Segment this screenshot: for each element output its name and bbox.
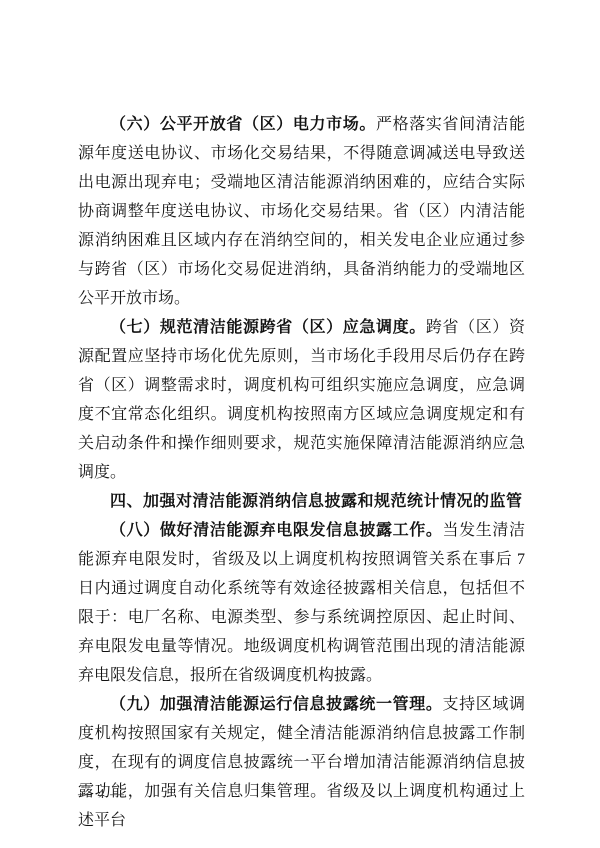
paragraph-item-9: （九）加强清洁能源运行信息披露统一管理。支持区域调度机构按照国家有关规定，健全清…	[78, 690, 525, 835]
item-6-lead: （六）公平开放省（区）电力市场。	[110, 116, 376, 133]
item-9-lead: （九）加强清洁能源运行信息披露统一管理。	[110, 696, 442, 713]
paragraph-item-6: （六）公平开放省（区）电力市场。严格落实省间清洁能源年度送电协议、市场化交易结果…	[78, 110, 525, 313]
document-page: （六）公平开放省（区）电力市场。严格落实省间清洁能源年度送电协议、市场化交易结果…	[0, 0, 600, 848]
paragraph-item-7: （七）规范清洁能源跨省（区）应急调度。跨省（区）资源配置应坚持市场化优先原则，当…	[78, 313, 525, 487]
item-7-lead: （七）规范清洁能源跨省（区）应急调度。	[110, 319, 426, 336]
paragraph-item-8: （八）做好清洁能源弃电限发信息披露工作。当发生清洁能源弃电限发时，省级及以上调度…	[78, 516, 525, 690]
item-9-body-text: 支持区域调度机构按照国家有关规定，健全清洁能源消纳信息披露工作制度，在现有的调度…	[78, 696, 525, 829]
page-number: — 4 —	[78, 786, 125, 804]
section-heading-4: 四、加强对清洁能源消纳信息披露和规范统计情况的监管	[78, 487, 525, 516]
item-8-lead: （八）做好清洁能源弃电限发信息披露工作。	[110, 522, 442, 539]
item-8-body-text: 当发生清洁能源弃电限发时，省级及以上调度机构按照调管关系在事后 7 日内通过调度…	[78, 522, 525, 684]
document-body: （六）公平开放省（区）电力市场。严格落实省间清洁能源年度送电协议、市场化交易结果…	[78, 110, 525, 835]
item-7-body-text: 跨省（区）资源配置应坚持市场化优先原则，当市场化手段用尽后仍存在跨省（区）调整需…	[78, 319, 525, 481]
item-6-body-text: 严格落实省间清洁能源年度送电协议、市场化交易结果，不得随意调减送电导致送出电源出…	[78, 116, 525, 307]
